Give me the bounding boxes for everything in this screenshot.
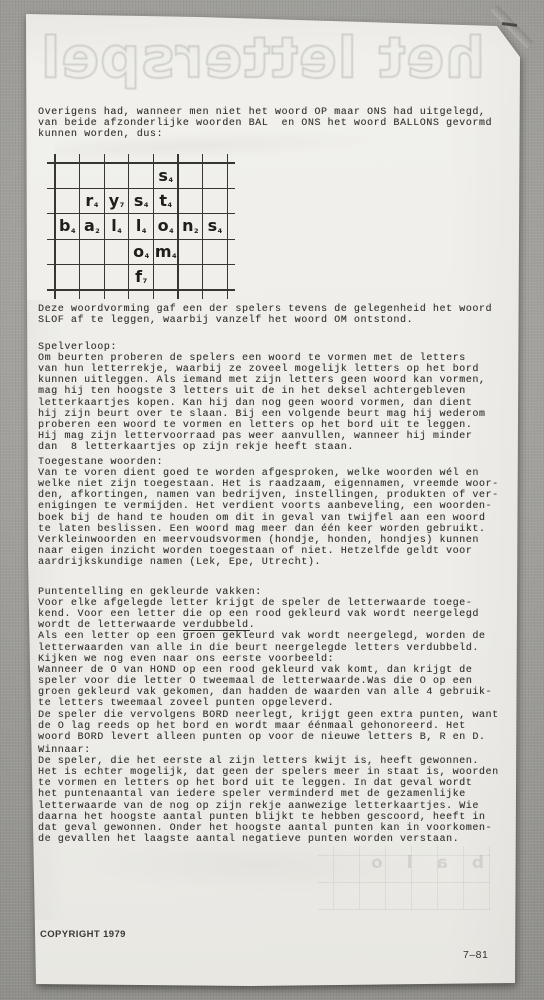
show-through-title: het letterspel [30, 26, 495, 91]
tile-value: 4 [169, 227, 174, 235]
page-code: 7–81 [463, 949, 488, 961]
section-heading-winnaar: Winnaar: [38, 745, 358, 756]
board-tile: y7 [104, 188, 129, 213]
instruction-sheet: het letterspel Overigens had, wanneer me… [0, 0, 544, 1000]
tile-value: 4 [71, 227, 76, 235]
tile-value: 4 [94, 201, 99, 209]
board-tile: o4 [129, 239, 154, 264]
section-heading-puntentelling: Puntentelling en gekleurde vakken: [38, 587, 358, 598]
section-body-winnaar: De speler, die het eerste al zijn letter… [38, 756, 516, 845]
tile-letter: n [182, 218, 193, 234]
tile-letter: l [136, 218, 141, 234]
tile-value: 2 [194, 227, 199, 235]
tile-value: 4 [144, 201, 149, 209]
game-board: s4r4y7s4t4b4a2l4l4o4n2s4o4m4f7 [55, 163, 227, 290]
board-tile: a2 [80, 214, 105, 239]
tile-value: 7 [120, 201, 125, 209]
tile-value: 2 [95, 227, 100, 235]
section-heading-toegestane-woorden: Toegestane woorden: [38, 457, 358, 468]
board-tile: s4 [129, 188, 154, 213]
board-tile: s4 [203, 214, 228, 239]
board-tile: t4 [153, 188, 178, 213]
tile-value: 4 [168, 176, 173, 184]
tile-value: 4 [145, 252, 150, 260]
show-through-board: b a l o [318, 846, 490, 910]
tile-letter: o [158, 218, 169, 234]
board-tile: l4 [104, 214, 129, 239]
section-body-puntentelling: Voor elke afgelegde letter krijgt de spe… [38, 598, 516, 743]
tile-letter: y [109, 193, 119, 209]
photo-background: het letterspel Overigens had, wanneer me… [0, 0, 544, 1000]
tile-letter: s [134, 193, 144, 209]
section-body-spelverloop: Om beurten proberen de spelers een woord… [38, 353, 516, 453]
tile-value: 4 [142, 227, 147, 235]
tile-letter: r [85, 193, 93, 209]
after-board-paragraph: Deze woordvorming gaf een der spelers te… [38, 304, 516, 326]
copyright-notice: COPYRIGHT 1979 [40, 929, 126, 940]
board-tile: l4 [129, 214, 154, 239]
board-tile: s4 [153, 163, 178, 188]
intro-paragraph: Overigens had, wanneer men niet het woor… [38, 107, 516, 140]
tile-letter: o [133, 244, 144, 260]
tile-value: 4 [218, 227, 223, 235]
board-tile: m4 [153, 239, 178, 264]
tile-letter: s [158, 168, 168, 184]
tile-value: 4 [117, 227, 122, 235]
tile-letter: t [159, 193, 167, 209]
section-heading-spelverloop: Spelverloop: [38, 342, 358, 353]
underline-verdubbeld [183, 630, 250, 631]
tile-letter: s [208, 218, 218, 234]
paper-wrapper: het letterspel Overigens had, wanneer me… [0, 0, 544, 1000]
board-tile: n2 [178, 214, 203, 239]
tile-letter: m [155, 244, 172, 260]
tile-value: 7 [143, 277, 148, 285]
tile-letter: a [84, 218, 95, 234]
tile-letter: b [59, 218, 70, 234]
section-body-toegestane-woorden: Van te voren dient goed te worden afgesp… [38, 468, 516, 568]
tile-letter: f [135, 269, 142, 285]
board-grid-line [47, 162, 235, 163]
board-tile: f7 [129, 265, 154, 290]
board-tile: o4 [153, 214, 178, 239]
board-tile: b4 [55, 214, 80, 239]
tile-letter: l [111, 218, 116, 234]
tile-value: 4 [172, 252, 177, 260]
board-tile: r4 [80, 188, 105, 213]
tile-value: 4 [168, 201, 173, 209]
